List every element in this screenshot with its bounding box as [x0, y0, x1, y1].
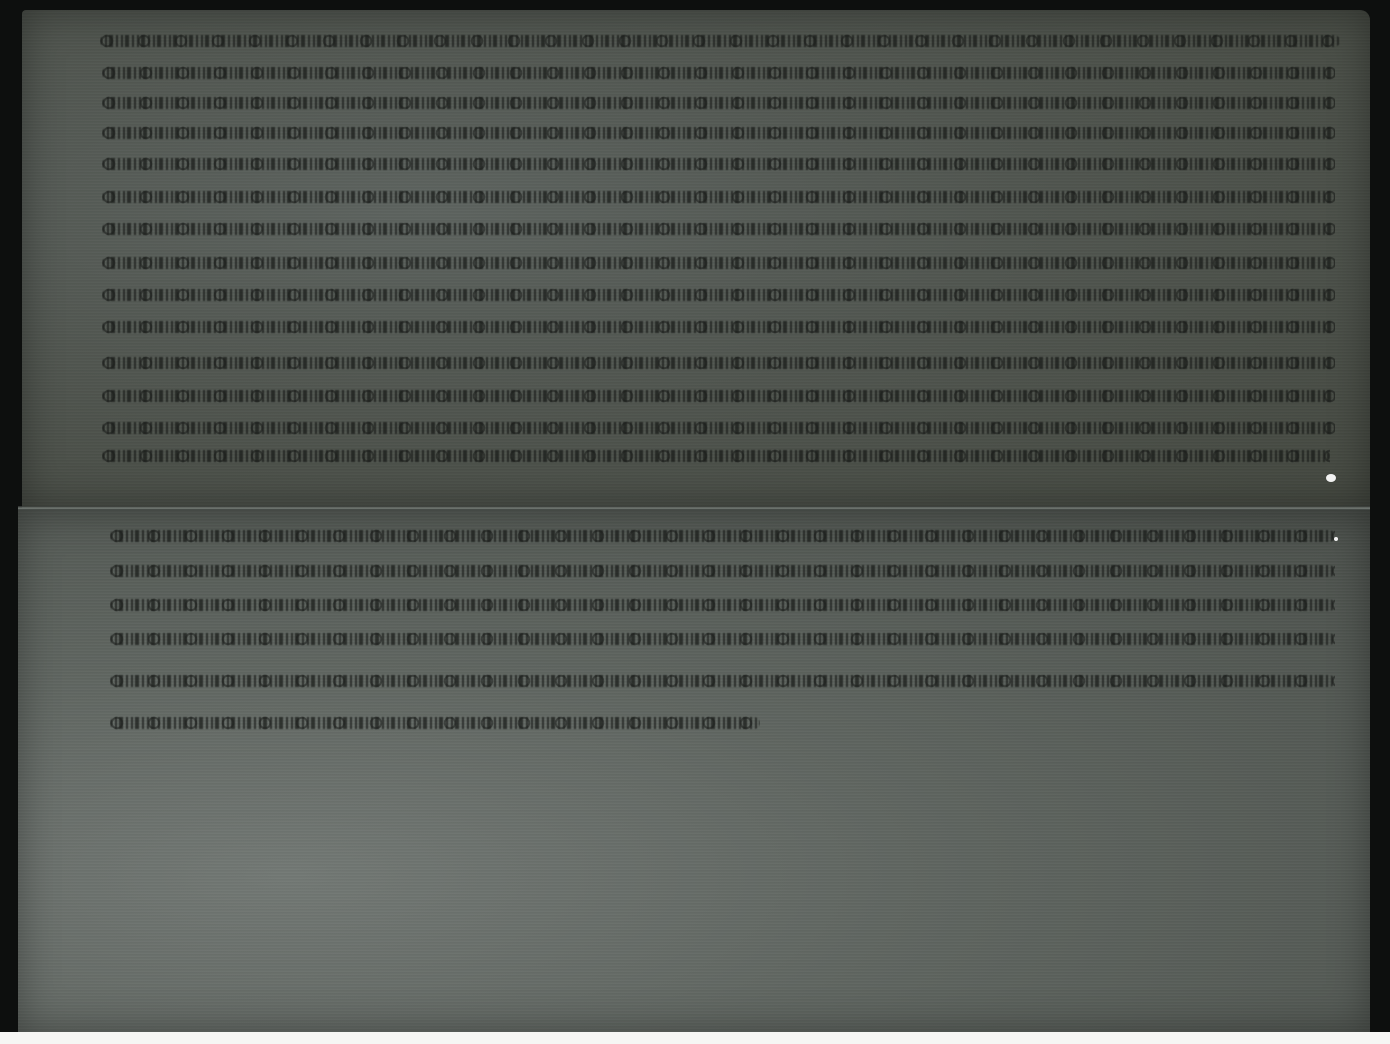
handwritten-line — [110, 593, 1335, 615]
handwritten-line — [102, 121, 1335, 143]
handwritten-line — [102, 185, 1335, 207]
manuscript-text-lines — [0, 0, 1390, 1044]
handwritten-line — [100, 29, 1340, 51]
handwritten-line — [102, 384, 1335, 406]
handwritten-line — [102, 416, 1335, 438]
handwritten-line — [110, 711, 760, 733]
handwritten-line — [110, 627, 1335, 649]
handwritten-line — [102, 444, 1330, 466]
handwritten-line — [102, 283, 1335, 305]
handwritten-line — [102, 152, 1335, 174]
paper-damage-speck — [1334, 537, 1338, 541]
scan-margin — [0, 1032, 1390, 1044]
handwritten-line — [110, 559, 1335, 581]
paper-damage-mark — [1326, 474, 1336, 482]
handwritten-line — [102, 217, 1335, 239]
handwritten-line — [102, 91, 1335, 113]
handwritten-line — [102, 61, 1335, 83]
handwritten-line — [102, 351, 1335, 373]
handwritten-line — [110, 524, 1335, 546]
handwritten-line — [102, 315, 1335, 337]
handwritten-line — [102, 251, 1335, 273]
handwritten-line — [110, 669, 1335, 691]
